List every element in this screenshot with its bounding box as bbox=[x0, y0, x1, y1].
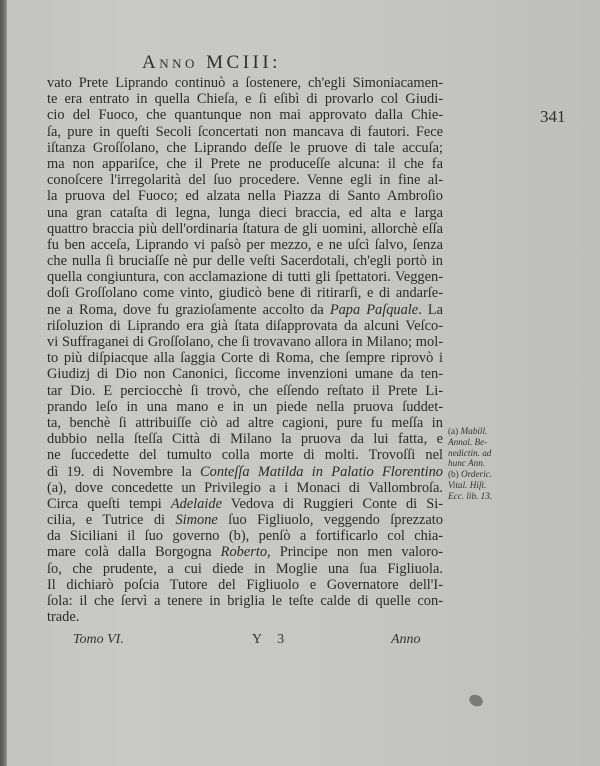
margin-note: (b) Orderic. bbox=[448, 469, 528, 480]
text-line: doſi Groſſolano come vinto, giudicò bene… bbox=[47, 285, 443, 301]
text-line: vi Suffraganei di Groſſolano, che ſi tro… bbox=[47, 334, 443, 350]
text-line: ſa, pure in queſti Secoli ſconcertati no… bbox=[47, 124, 443, 140]
text-run: cilia, e Tutrice di bbox=[47, 512, 175, 528]
note-text: Ecc. lib. 13. bbox=[448, 491, 492, 501]
text-line: Giudizj di Dio non Canonici, ſiccome inv… bbox=[47, 366, 443, 382]
signature-mark: Y 3 bbox=[252, 632, 290, 648]
note-text: hunc Ann. bbox=[448, 458, 485, 468]
note-text: Mabill. bbox=[461, 426, 488, 436]
text-line: mare colà dalla Borgogna Roberto, Princi… bbox=[47, 544, 443, 560]
page-footer: Tomo VI. Y 3 Anno bbox=[7, 632, 600, 656]
text-line: ne a Roma, dove fu grazioſamente accolto… bbox=[47, 302, 443, 318]
note-text: nedictin. ad bbox=[448, 448, 491, 458]
text-line: conoſcere l'irregolarità del ſuo procede… bbox=[47, 172, 443, 188]
text-line: quella congiuntura, con acclamazione di … bbox=[47, 269, 443, 285]
italic-name-roberto: Roberto bbox=[221, 544, 267, 560]
ink-spot bbox=[467, 693, 484, 709]
note-mark: (a) bbox=[448, 426, 458, 436]
text-run: Vedova di Ruggieri Conte di Si- bbox=[222, 496, 443, 512]
margin-note: Vital. Hiſt. bbox=[448, 480, 528, 491]
running-title: Anno MCIII: bbox=[142, 52, 281, 73]
text-run: . La bbox=[418, 302, 443, 318]
catchword: Anno bbox=[391, 632, 421, 648]
note-text: Annal. Be- bbox=[448, 437, 487, 447]
text-run: dì 19. di Novembre la bbox=[47, 464, 200, 480]
text-run: ne a Roma, dove fu grazioſamente accolto… bbox=[47, 302, 330, 318]
italic-name-contessa-matilda: Conteſſa Matilda in Palatio Florentino bbox=[200, 464, 443, 480]
text-line: ta, benchè ſi attribuiſſe ciò ad altre c… bbox=[47, 415, 443, 431]
text-line: to più diſpiacque alla ſaggia Corte di R… bbox=[47, 350, 443, 366]
italic-name-adelaide: Adelaide bbox=[171, 496, 222, 512]
text-line: ne ſuccedette del tumulto colla morte di… bbox=[47, 447, 443, 463]
text-line: la pruova del Fuoco; ed alzata nella Pia… bbox=[47, 188, 443, 204]
text-line: dì 19. di Novembre la Conteſſa Matilda i… bbox=[47, 464, 443, 480]
volume-label: Tomo VI. bbox=[73, 632, 124, 648]
text-line: Il dichiarò poſcia Tutore del Figliuolo … bbox=[47, 577, 443, 593]
text-line: una gran cataſta di legna, lunga dieci b… bbox=[47, 205, 443, 221]
note-text: Orderic. bbox=[461, 469, 492, 479]
page-number: 341 bbox=[540, 107, 566, 127]
text-line: ſola: il che ſervì a tenere in briglia l… bbox=[47, 593, 443, 609]
text-run: Circa queſti tempi bbox=[47, 496, 171, 512]
text-line: cilia, e Tutrice di Simone ſuo Figliuolo… bbox=[47, 512, 443, 528]
text-line: cio del Fuoco, che quantunque non mai ap… bbox=[47, 107, 443, 123]
italic-name-simone: Simone bbox=[175, 512, 217, 528]
note-text: Vital. Hiſt. bbox=[448, 480, 486, 490]
text-line: prando leſo in una mano e in un piede ne… bbox=[47, 399, 443, 415]
margin-note: Ecc. lib. 13. bbox=[448, 491, 528, 502]
margin-note: Annal. Be- bbox=[448, 437, 528, 448]
margin-note: nedictin. ad bbox=[448, 448, 528, 459]
margin-note: (a) Mabill. bbox=[448, 426, 528, 437]
text-run: , Principe non men valoro- bbox=[267, 544, 443, 560]
margin-note: hunc Ann. bbox=[448, 458, 528, 469]
note-mark: (b) bbox=[448, 469, 459, 479]
margin-notes: (a) Mabill. Annal. Be- nedictin. ad hunc… bbox=[448, 426, 528, 502]
text-line: dubbio nella ſteſſa Città di Milano la p… bbox=[47, 431, 443, 447]
body-text: vato Prete Liprando continuò a ſostenere… bbox=[47, 75, 443, 625]
text-line: ſo, che prudente, a cui diede in Moglie … bbox=[47, 561, 443, 577]
text-line: da Siciliani il ſuo governo (b), penſò a… bbox=[47, 528, 443, 544]
text-line: te era entrato in quella Chieſa, e ſi eſ… bbox=[47, 91, 443, 107]
text-line: tar Dio. E perciocchè ſi trovò, che eſſe… bbox=[47, 383, 443, 399]
text-line: vato Prete Liprando continuò a ſostenere… bbox=[47, 75, 443, 91]
text-line: trade. bbox=[47, 609, 443, 625]
text-run: mare colà dalla Borgogna bbox=[47, 544, 221, 560]
text-line: riſoluzion di Liprando era già ſtata diſ… bbox=[47, 318, 443, 334]
text-line: quattro braccia più dell'ordinaria ſtatu… bbox=[47, 221, 443, 237]
text-line: Circa queſti tempi Adelaide Vedova di Ru… bbox=[47, 496, 443, 512]
italic-name-papa-pasquale: Papa Paſquale bbox=[330, 302, 418, 318]
text-line: ma non appariſce, che il Prete ne produc… bbox=[47, 156, 443, 172]
text-line: iſtanza Groſſolano, che Liprando deſſe l… bbox=[47, 140, 443, 156]
text-line: (a), dove concedette un Privilegio a i M… bbox=[47, 480, 443, 496]
running-head: Anno MCIII: 341 bbox=[142, 52, 442, 76]
book-page: Anno MCIII: 341 vato Prete Liprando cont… bbox=[7, 0, 600, 766]
text-line: che nulla ſi bruciaſſe nè pur delle veſt… bbox=[47, 253, 443, 269]
text-run: ſuo Figliuolo, veggendo ſprezzato bbox=[218, 512, 443, 528]
page-binding-edge bbox=[0, 0, 7, 766]
text-line: fu ben acceſa, Liprando vi paſsò per mez… bbox=[47, 237, 443, 253]
